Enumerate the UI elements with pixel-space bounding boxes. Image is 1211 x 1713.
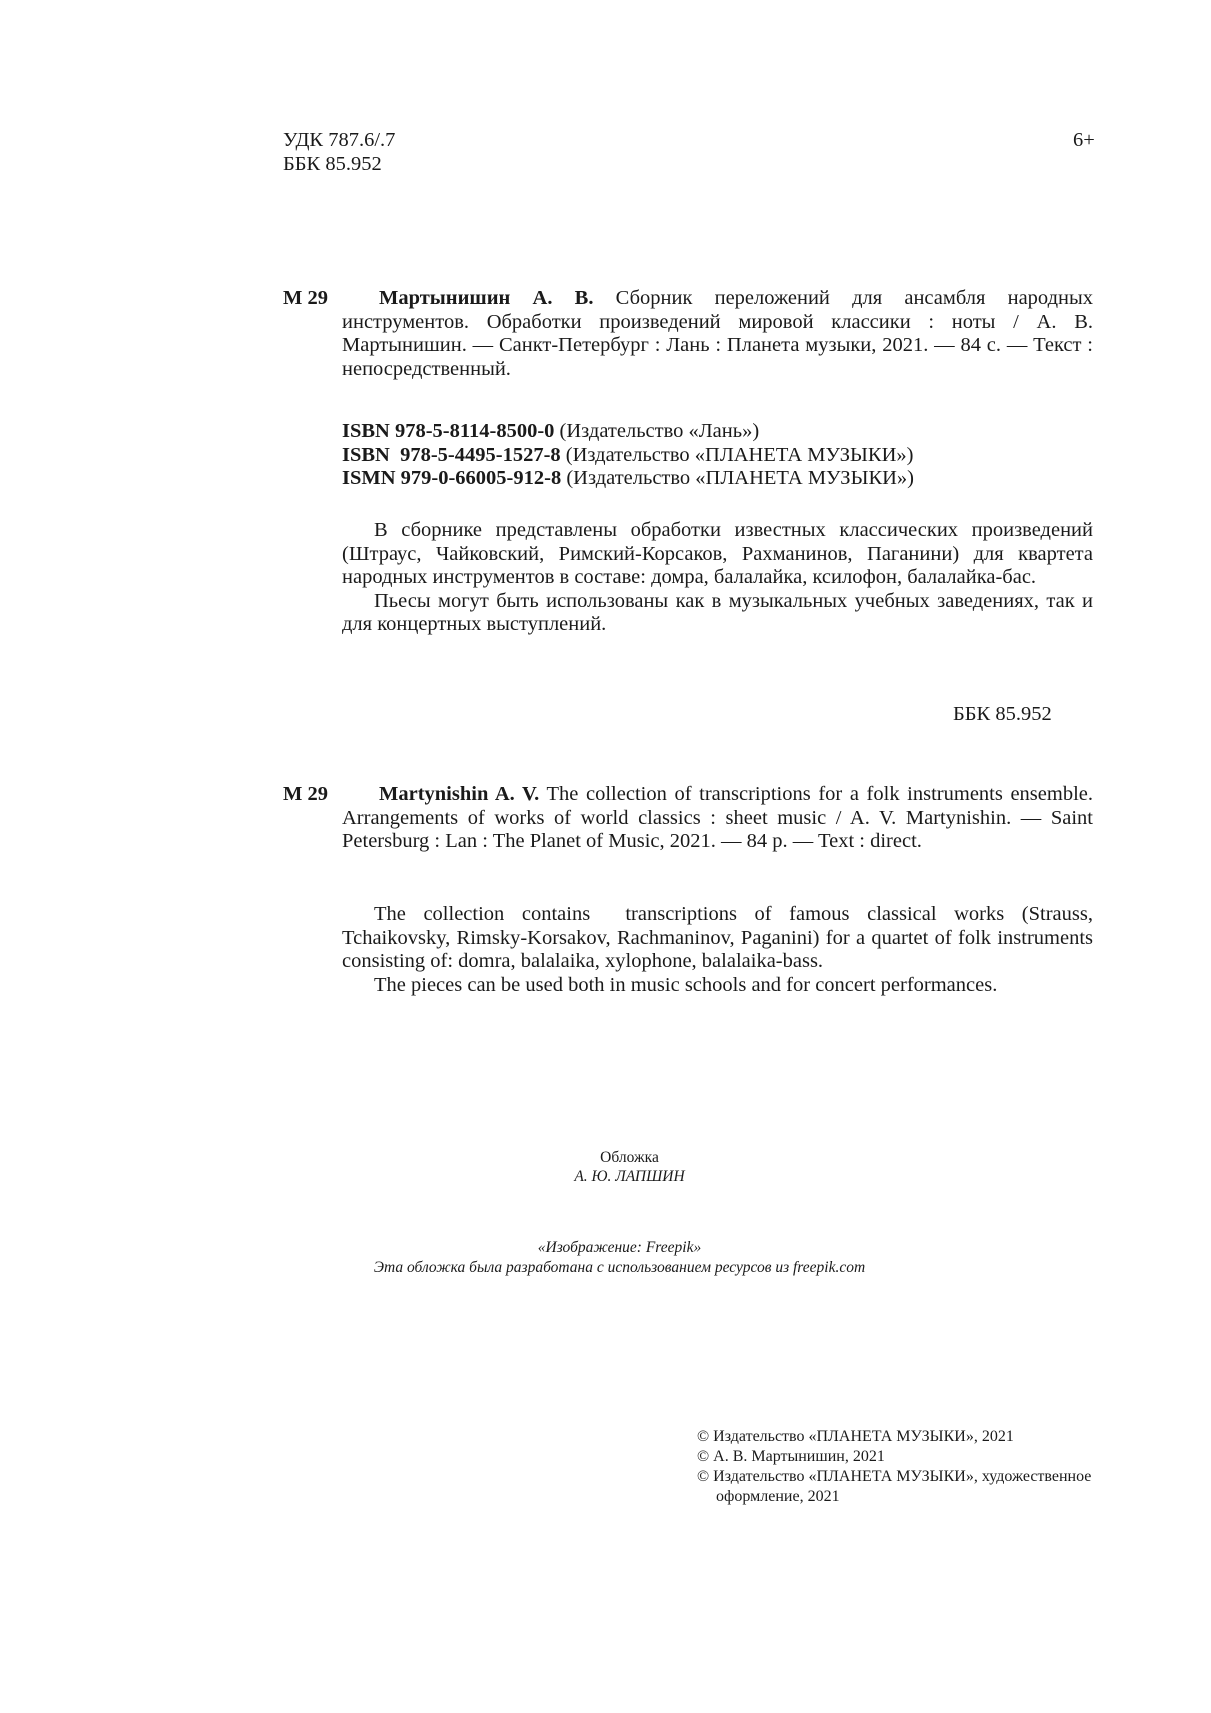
image-credit-line2: Эта обложка была разработана с использов… xyxy=(14,1258,1211,1278)
udk-code: УДК 787.6/.7 xyxy=(283,129,395,153)
isbn-publisher: (Издательство «ПЛАНЕТА МУЗЫКИ») xyxy=(566,444,914,466)
isbn-number: ISBN 978-5-8114-8500-0 xyxy=(342,420,554,442)
annotation-en: The collection contains transcriptions o… xyxy=(342,903,1093,997)
isbn-publisher: (Издательство «Лань») xyxy=(560,420,760,442)
isbn-row: ISMN 979-0-66005-912-8 (Издательство «ПЛ… xyxy=(342,467,914,491)
ismn-number: ISMN 979-0-66005-912-8 xyxy=(342,467,561,489)
image-credit: «Изображение: Freepik» Эта обложка была … xyxy=(0,1238,1211,1278)
copyright-block: © Издательство «ПЛАНЕТА МУЗЫКИ», 2021 © … xyxy=(697,1427,1097,1507)
annotation-paragraph: Пьесы могут быть использованы как в музы… xyxy=(342,590,1093,637)
isbn-row: ISBN 978-5-4495-1527-8 (Издательство «ПЛ… xyxy=(342,444,914,468)
isbn-list: ISBN 978-5-8114-8500-0 (Издательство «Ла… xyxy=(342,420,914,491)
annotation-paragraph: The pieces can be used both in music sch… xyxy=(342,974,1093,998)
bbk-code: ББК 85.952 xyxy=(283,153,395,177)
isbn-row: ISBN 978-5-8114-8500-0 (Издательство «Ла… xyxy=(342,420,914,444)
author-mark-ru: М 29 xyxy=(283,287,328,311)
copyright-line: © Издательство «ПЛАНЕТА МУЗЫКИ», 2021 xyxy=(697,1427,1097,1447)
bibliographic-entry-ru: Мартынишин А. В. Сборник переложений для… xyxy=(342,287,1093,381)
classification-block: УДК 787.6/.7 ББК 85.952 xyxy=(283,129,395,176)
cover-credit: Обложка А. Ю. ЛАПШИН xyxy=(0,1148,1211,1186)
annotation-paragraph: The collection contains transcriptions o… xyxy=(342,903,1093,974)
author-name-ru: Мартынишин А. В. xyxy=(379,287,593,309)
image-credit-line1: «Изображение: Freepik» xyxy=(14,1238,1211,1258)
copyright-line: © А. В. Мартынишин, 2021 xyxy=(697,1447,1097,1467)
bibliographic-entry-en: Martynishin A. V. The collection of tran… xyxy=(342,783,1093,854)
bbk-code-right: ББК 85.952 xyxy=(953,703,1052,727)
age-rating: 6+ xyxy=(1073,129,1095,153)
annotation-paragraph: В сборнике представлены обработки извест… xyxy=(342,519,1093,590)
cover-designer: А. Ю. ЛАПШИН xyxy=(24,1167,1211,1186)
isbn-publisher: (Издательство «ПЛАНЕТА МУЗЫКИ») xyxy=(566,467,914,489)
isbn-number: ISBN 978-5-4495-1527-8 xyxy=(342,444,561,466)
cover-label: Обложка xyxy=(24,1148,1211,1167)
annotation-ru: В сборнике представлены обработки извест… xyxy=(342,519,1093,637)
copyright-page: УДК 787.6/.7 ББК 85.952 6+ М 29 Мартыниш… xyxy=(0,0,1211,1713)
copyright-line: © Издательство «ПЛАНЕТА МУЗЫКИ», художес… xyxy=(697,1467,1097,1507)
author-name-en: Martynishin A. V. xyxy=(379,783,539,805)
author-mark-en: М 29 xyxy=(283,783,328,807)
